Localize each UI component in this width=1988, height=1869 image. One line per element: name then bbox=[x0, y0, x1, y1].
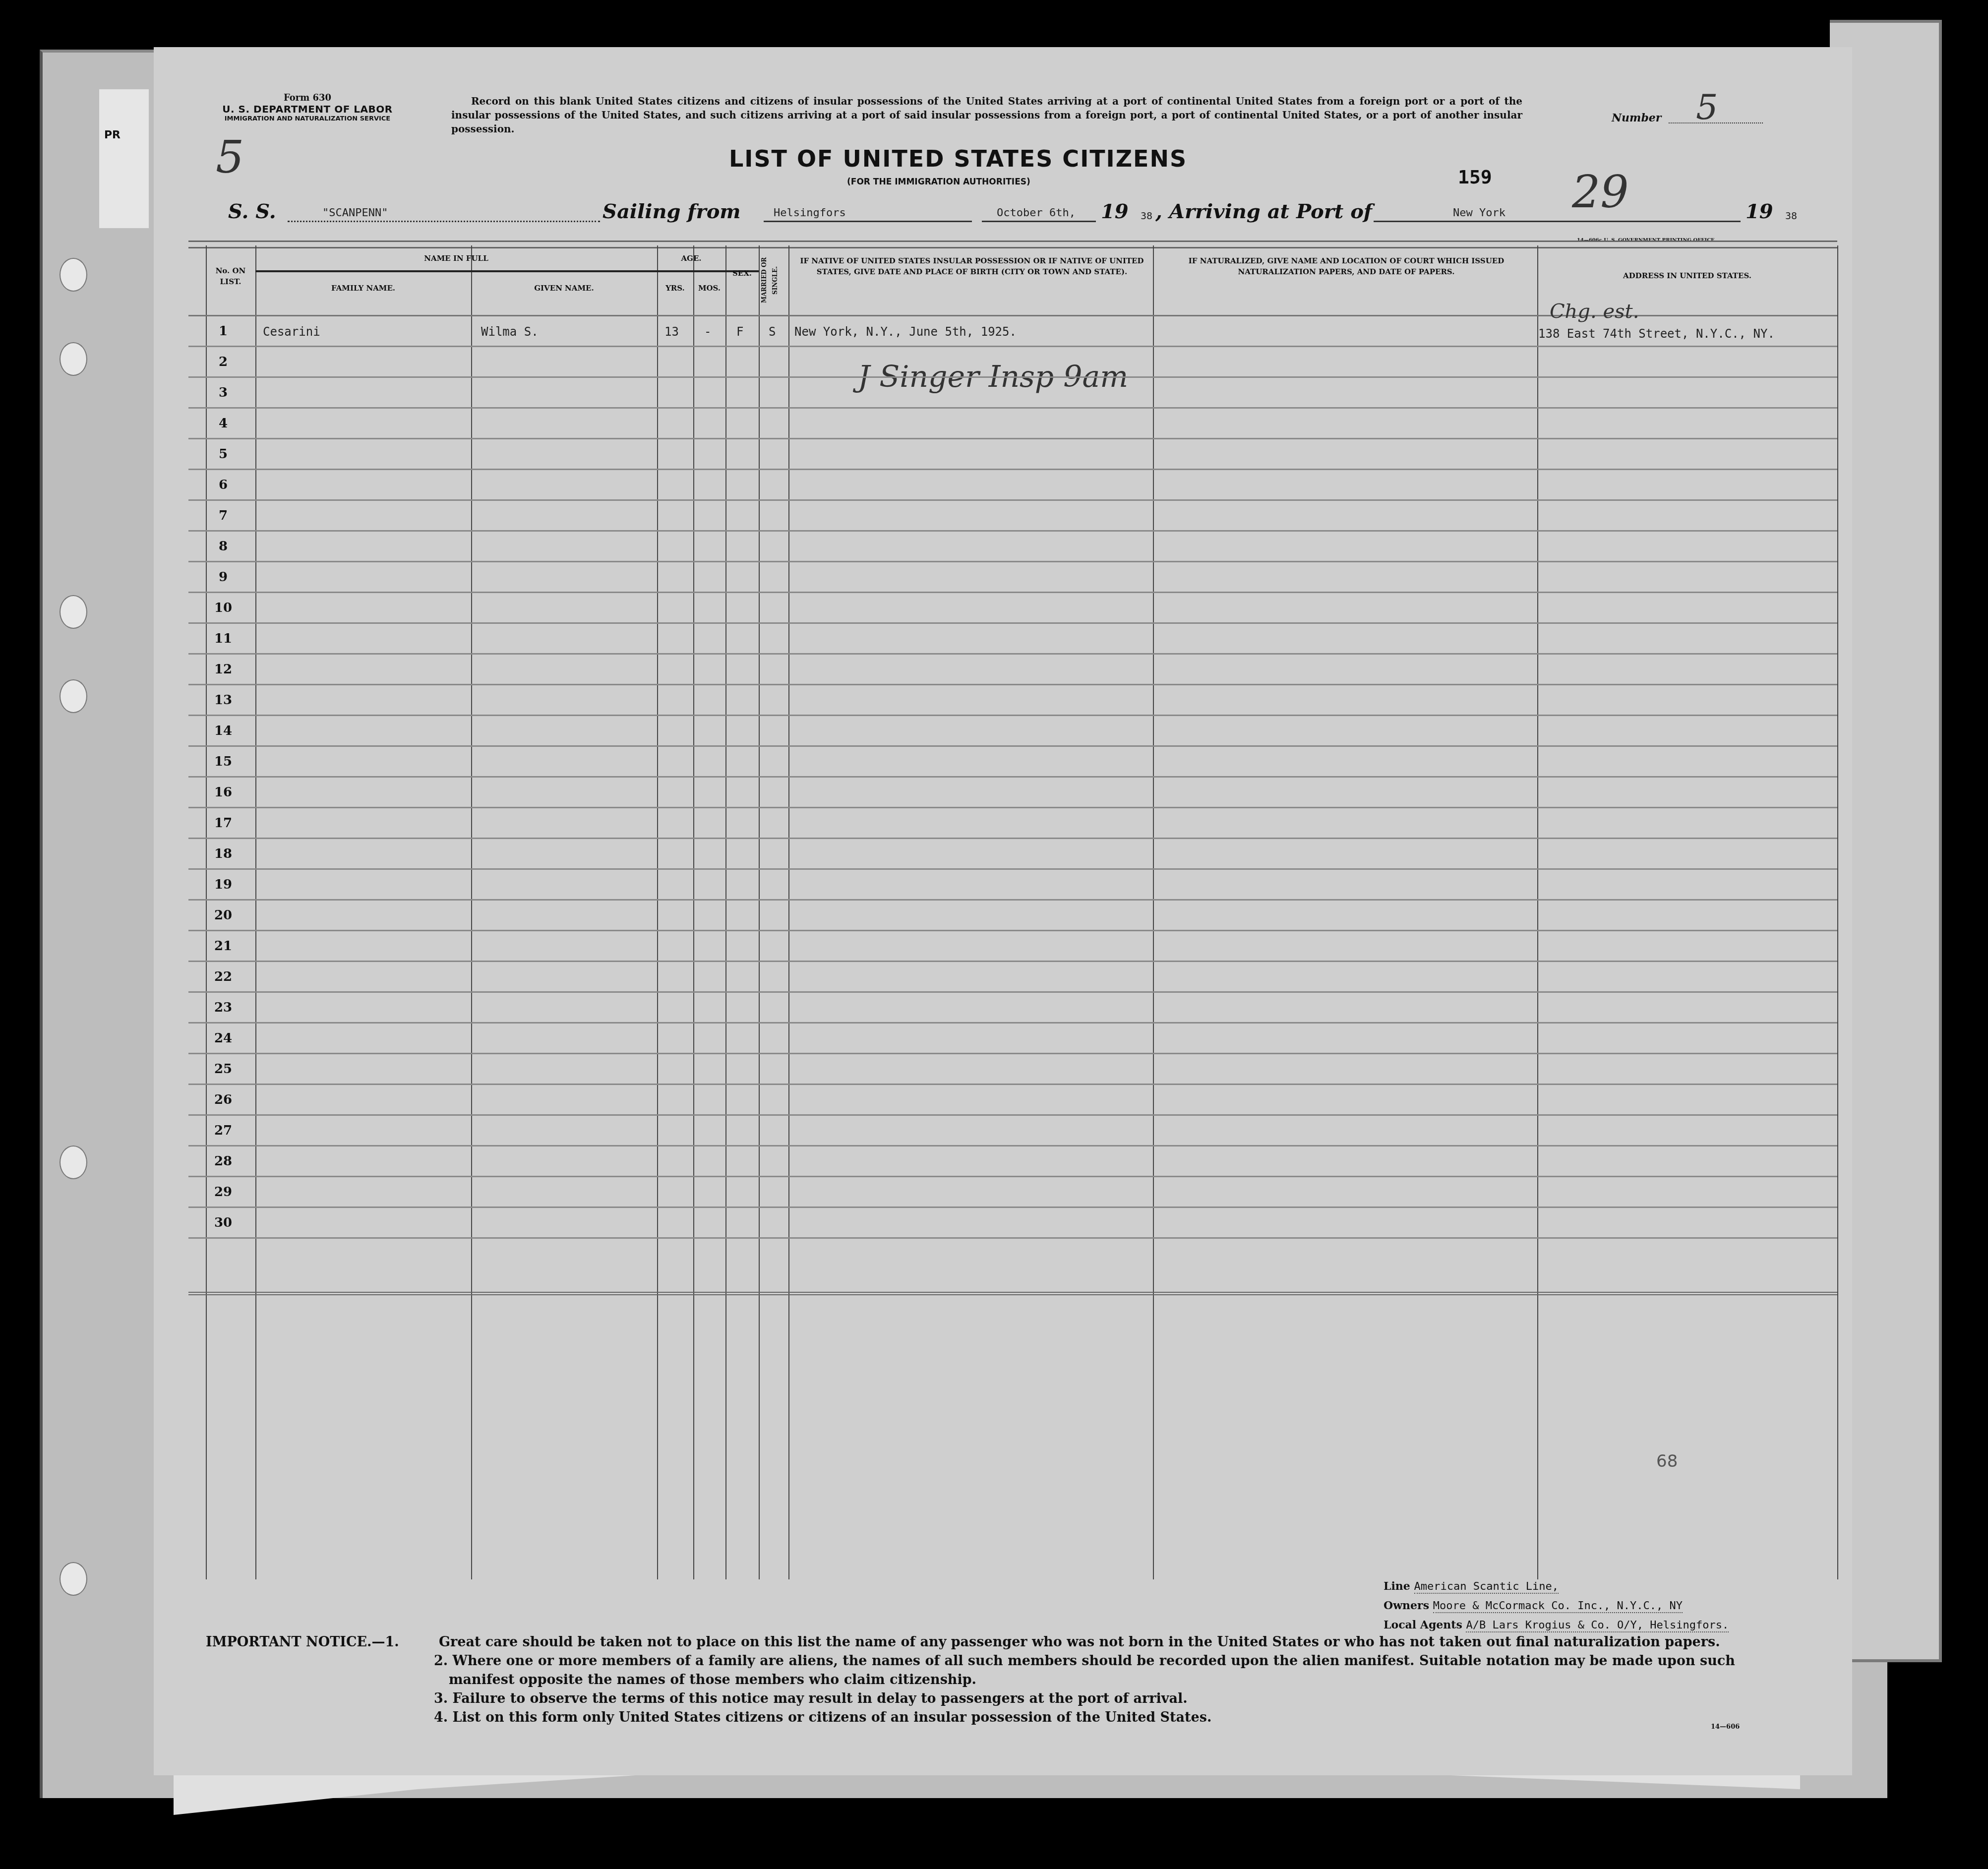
table-row: 22 bbox=[188, 961, 1837, 993]
row-number: 1 bbox=[208, 324, 238, 339]
notice-item-2-cont: manifest opposite the names of those mem… bbox=[449, 1671, 976, 1689]
row-number: 14 bbox=[208, 723, 238, 738]
table-row: 17 bbox=[188, 807, 1837, 839]
age-months: - bbox=[704, 325, 711, 339]
row-number: 25 bbox=[208, 1062, 238, 1077]
row-number: 13 bbox=[208, 693, 238, 708]
department-name: U. S. DEPARTMENT OF LABOR bbox=[213, 103, 402, 115]
form-number: Form 630 bbox=[213, 93, 402, 103]
binder-hole bbox=[60, 258, 87, 292]
row-number: 20 bbox=[208, 908, 238, 923]
agents-value: A/B Lars Krogius & Co. O/Y, Helsingfors. bbox=[1466, 1619, 1729, 1632]
sex: F bbox=[736, 325, 743, 339]
page-subtitle: (FOR THE IMMIGRATION AUTHORITIES) bbox=[847, 177, 1030, 187]
header-family-name: FAMILY NAME. bbox=[255, 283, 471, 294]
row-number: 10 bbox=[208, 601, 238, 615]
row-number: 22 bbox=[208, 969, 238, 984]
service-name: IMMIGRATION AND NATURALIZATION SERVICE bbox=[213, 115, 402, 122]
table-row: 6 bbox=[188, 469, 1837, 501]
binder-hole bbox=[60, 679, 87, 713]
row-number: 7 bbox=[208, 508, 238, 523]
table-row: 19 bbox=[188, 868, 1837, 901]
table-row: 5 bbox=[188, 438, 1837, 470]
number-label: Number bbox=[1612, 112, 1661, 124]
table-row: 16 bbox=[188, 776, 1837, 808]
row-number: 18 bbox=[208, 846, 238, 861]
row-number: 26 bbox=[208, 1092, 238, 1107]
row-number: 30 bbox=[208, 1215, 238, 1230]
table-row: 13 bbox=[188, 684, 1837, 716]
sailing-from-label: Sailing from bbox=[602, 200, 741, 223]
table-row: 21 bbox=[188, 930, 1837, 962]
handwritten-corner-number: 5 bbox=[216, 131, 244, 183]
header-place-of-birth: IF NATIVE OF UNITED STATES INSULAR POSSE… bbox=[793, 255, 1150, 277]
header-married-single: MARRIED OR SINGLE. bbox=[759, 250, 788, 310]
row-number: 8 bbox=[208, 539, 238, 554]
year-prefix: 19 bbox=[1101, 200, 1129, 223]
sailing-date: October 6th, bbox=[997, 207, 1076, 219]
manifest-page: Form 630 U. S. DEPARTMENT OF LABOR IMMIG… bbox=[154, 47, 1852, 1775]
table-row: 29 bbox=[188, 1176, 1837, 1208]
row-number: 19 bbox=[208, 877, 238, 892]
table-row: 3 bbox=[188, 376, 1837, 409]
us-address: 138 East 74th Street, N.Y.C., NY. bbox=[1538, 327, 1775, 341]
header-mos: MOS. bbox=[693, 283, 725, 294]
row-number: 23 bbox=[208, 1000, 238, 1015]
row-number: 3 bbox=[208, 385, 238, 400]
table-row: 8 bbox=[188, 530, 1837, 562]
owners-label: Owners bbox=[1384, 1599, 1429, 1612]
table-row: 26 bbox=[188, 1084, 1837, 1116]
place-of-birth: New York, N.Y., June 5th, 1925. bbox=[794, 325, 1017, 339]
row-number: 9 bbox=[208, 570, 238, 585]
handwritten-address-note: Chg. est. bbox=[1550, 300, 1639, 323]
owners-value: Moore & McCormack Co. Inc., N.Y.C., NY bbox=[1433, 1600, 1683, 1613]
table-row: 12 bbox=[188, 653, 1837, 685]
sailing-from-port: Helsingfors bbox=[774, 207, 846, 219]
stamped-number: 159 bbox=[1458, 166, 1492, 188]
header-yrs: YRS. bbox=[657, 283, 693, 294]
shipping-line-info: Line American Scantic Line, Owners Moore… bbox=[1384, 1577, 1729, 1635]
line-label: Line bbox=[1384, 1580, 1410, 1593]
table-row: 30 bbox=[188, 1206, 1837, 1239]
line-value: American Scantic Line, bbox=[1414, 1580, 1559, 1594]
table-row: 28 bbox=[188, 1145, 1837, 1177]
slip-text: PR bbox=[104, 129, 120, 141]
binder-hole bbox=[60, 342, 87, 376]
given-name: Wilma S. bbox=[481, 325, 539, 339]
row-number: 5 bbox=[208, 447, 238, 462]
row-number: 27 bbox=[208, 1123, 238, 1138]
arriving-label: , Arriving at Port of bbox=[1155, 200, 1372, 223]
page-title: LIST OF UNITED STATES CITIZENS bbox=[729, 145, 1187, 172]
row-number: 21 bbox=[208, 939, 238, 954]
notice-item-2: 2. Where one or more members of a family… bbox=[434, 1652, 1735, 1671]
table-row: 10 bbox=[188, 592, 1837, 624]
binder-hole bbox=[60, 595, 87, 629]
table-row: 15 bbox=[188, 745, 1837, 778]
family-name: Cesarini bbox=[263, 325, 320, 339]
header-sex: SEX. bbox=[725, 268, 759, 279]
row-number: 28 bbox=[208, 1154, 238, 1169]
binder-hole bbox=[60, 1146, 87, 1179]
ship-name: "SCANPENN" bbox=[322, 207, 388, 219]
page-stamp: 68 bbox=[1656, 1451, 1678, 1471]
row-number: 11 bbox=[208, 631, 238, 646]
table-row: 9 bbox=[188, 561, 1837, 593]
table-row: 7 bbox=[188, 499, 1837, 532]
row-number: 6 bbox=[208, 478, 238, 492]
marital-status: S bbox=[769, 325, 776, 339]
arrival-port: New York bbox=[1453, 207, 1506, 219]
voyage-line: S. S. "SCANPENN" Sailing from Helsingfor… bbox=[154, 196, 1852, 231]
agents-label: Local Agents bbox=[1384, 1619, 1462, 1631]
row-number: 29 bbox=[208, 1185, 238, 1200]
header-naturalization: IF NATURALIZED, GIVE NAME AND LOCATION O… bbox=[1175, 255, 1517, 277]
header-age: AGE. bbox=[657, 253, 725, 264]
header-no-on-list: No. ON LIST. bbox=[206, 265, 255, 287]
table-row: 1 Cesarini Wilma S. 13 - F S New York, N… bbox=[188, 315, 1837, 347]
form-issuer-block: Form 630 U. S. DEPARTMENT OF LABOR IMMIG… bbox=[213, 93, 402, 122]
form-instructions: Record on this blank United States citiz… bbox=[451, 94, 1522, 136]
ss-label: S. S. bbox=[228, 200, 276, 223]
sailing-year: 38 bbox=[1141, 210, 1152, 222]
table-row: 23 bbox=[188, 991, 1837, 1024]
underlying-slip: PR bbox=[99, 89, 149, 228]
row-number: 4 bbox=[208, 416, 238, 431]
table-row: 20 bbox=[188, 899, 1837, 931]
arrival-year-prefix: 19 bbox=[1746, 200, 1773, 223]
notice-lead: IMPORTANT NOTICE.—1. bbox=[206, 1633, 399, 1652]
row-number: 16 bbox=[208, 785, 238, 800]
number-value: 5 bbox=[1696, 87, 1718, 127]
table-row: 27 bbox=[188, 1114, 1837, 1146]
header-given-name: GIVEN NAME. bbox=[471, 283, 657, 294]
print-code: 14—606 bbox=[1711, 1723, 1740, 1731]
row-number: 12 bbox=[208, 662, 238, 677]
handwritten-arrival-day: 29 bbox=[1572, 166, 1629, 218]
table-row: 25 bbox=[188, 1053, 1837, 1085]
row-number: 15 bbox=[208, 754, 238, 769]
table-row: 18 bbox=[188, 838, 1837, 870]
table-row: 24 bbox=[188, 1022, 1837, 1054]
table-row: 2 bbox=[188, 346, 1837, 378]
header-name-in-full: NAME IN FULL bbox=[255, 253, 657, 264]
notice-item-4: 4. List on this form only United States … bbox=[434, 1708, 1211, 1727]
arrival-year: 38 bbox=[1785, 210, 1797, 222]
row-number: 17 bbox=[208, 816, 238, 831]
notice-item-3: 3. Failure to observe the terms of this … bbox=[434, 1689, 1188, 1708]
row-number: 24 bbox=[208, 1031, 238, 1046]
table-row: 14 bbox=[188, 715, 1837, 747]
age-years: 13 bbox=[664, 325, 679, 339]
notice-item-1: Great care should be taken not to place … bbox=[439, 1633, 1720, 1652]
binder-hole bbox=[60, 1562, 87, 1596]
table-row: 4 bbox=[188, 407, 1837, 439]
citizen-list-table: No. ON LIST. NAME IN FULL FAMILY NAME. G… bbox=[188, 241, 1837, 1579]
row-number: 2 bbox=[208, 355, 238, 369]
table-row: 11 bbox=[188, 622, 1837, 655]
header-address: ADDRESS IN UNITED STATES. bbox=[1537, 270, 1837, 281]
